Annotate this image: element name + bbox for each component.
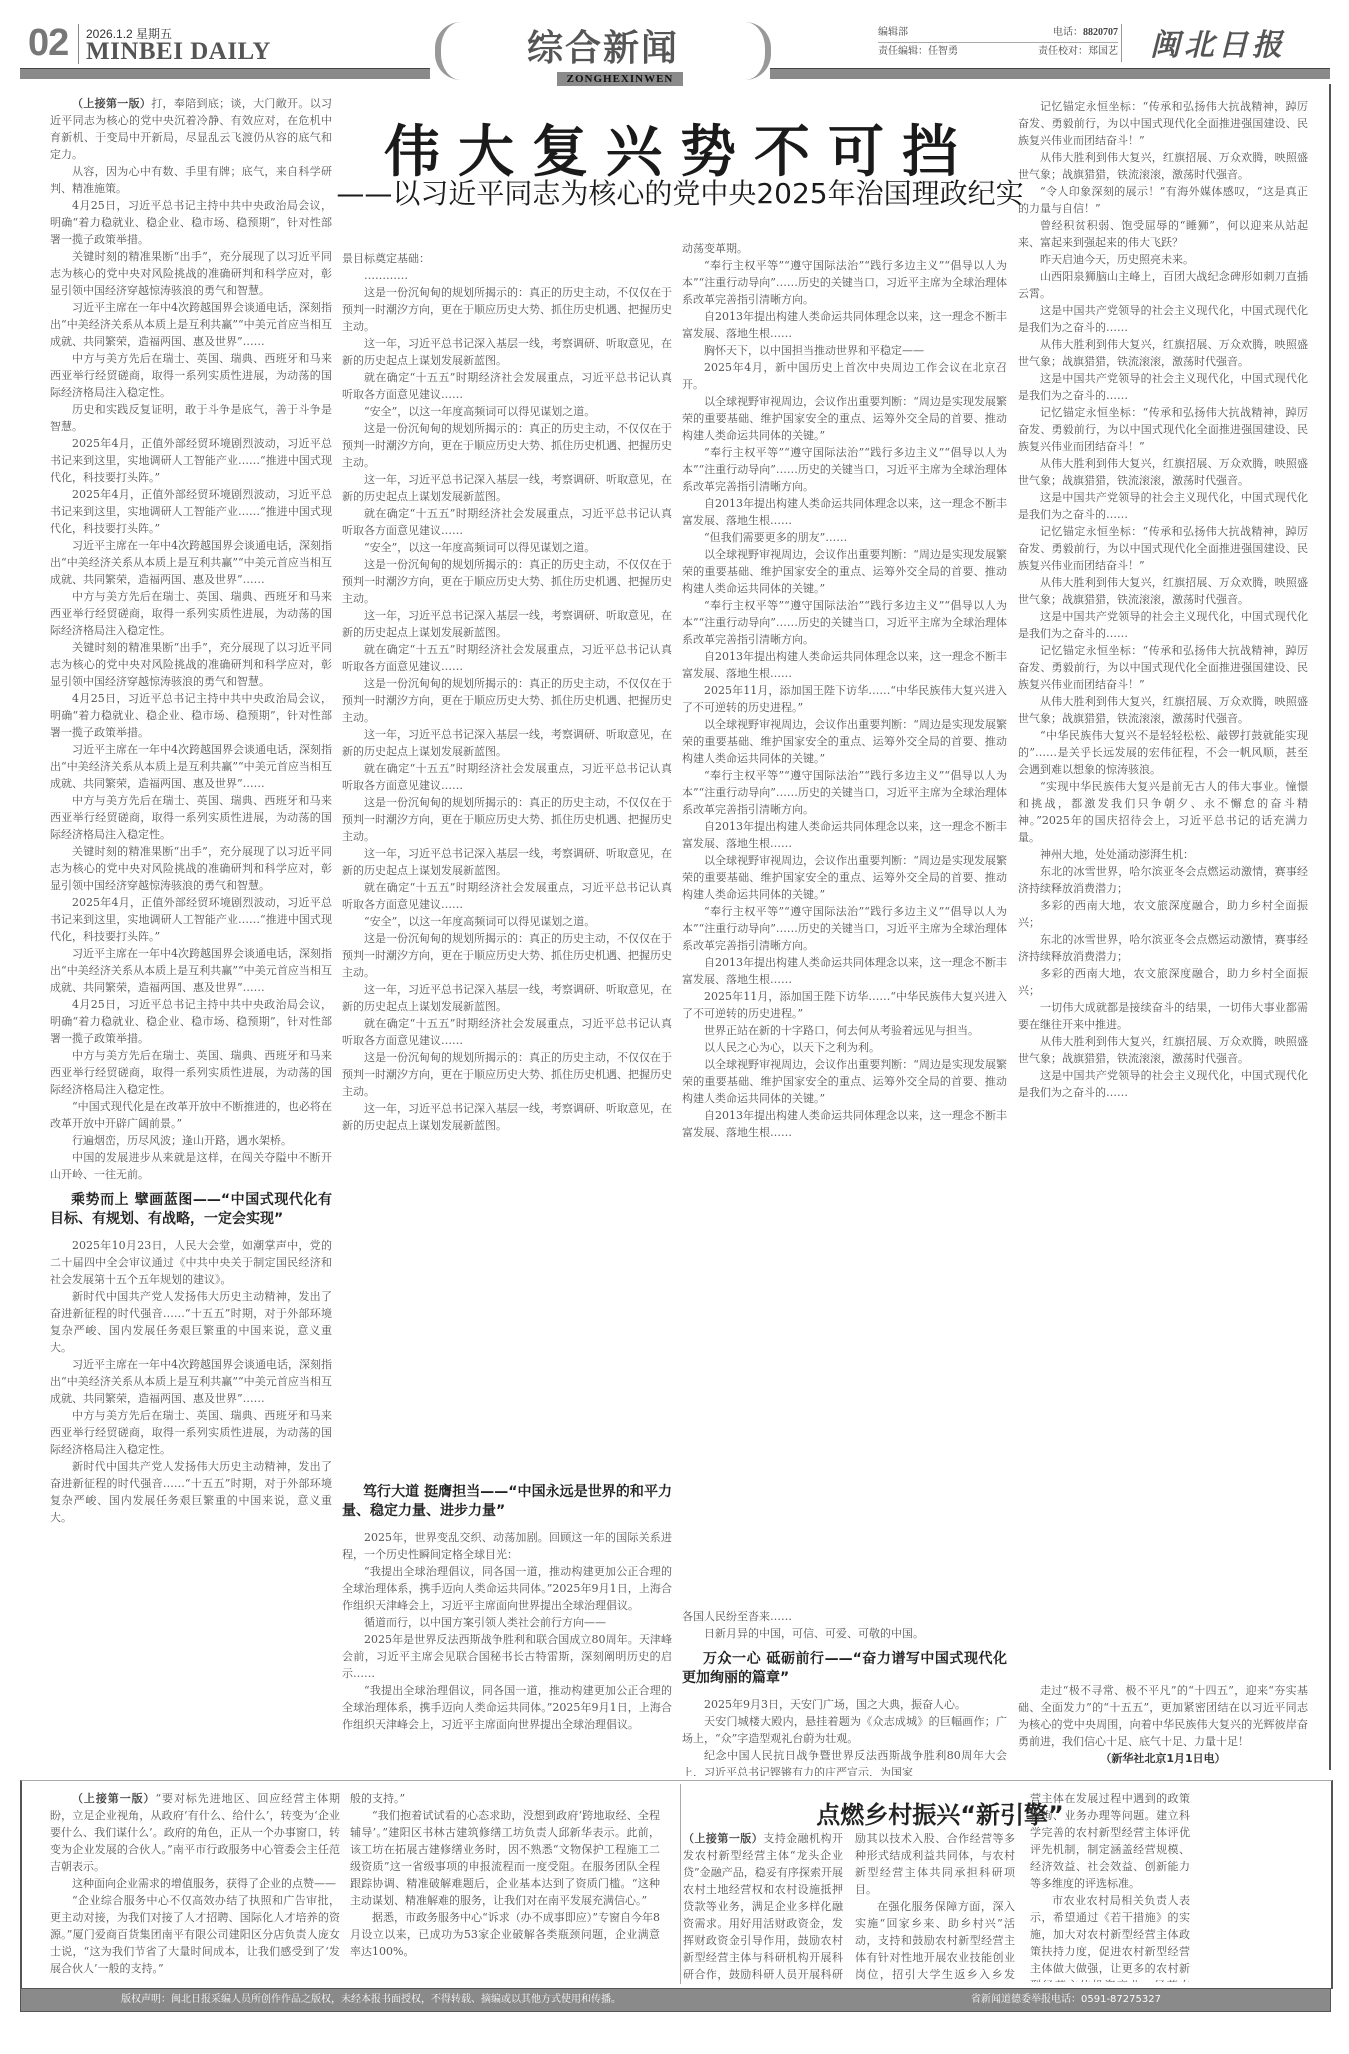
paragraph: 从容，因为心中有数、手里有牌；底气，来自科学研判、精准施策。 <box>50 163 332 197</box>
paragraph: 2025年4月，正值外部经贸环境剧烈波动，习近平总书记来到这里，实地调研人工智能… <box>50 894 332 945</box>
paragraph: 这是一份沉甸甸的规划所揭示的：真正的历史主动，不仅仅在于预判一时潮汐方向，更在于… <box>342 794 672 845</box>
paragraph: 昨天启迪今天，历史照亮未来。 <box>1018 251 1308 268</box>
paragraph: 动荡变革期。 <box>682 240 1007 257</box>
section-heading: 乘势而上 擘画蓝图——“中国式现代化有目标、有规划、有战略，一定会实现” <box>50 1191 332 1229</box>
paragraph: 日新月异的中国，可信、可爱、可敬的中国。 <box>682 1625 1007 1642</box>
paragraph: 记忆锚定永恒坐标：“传承和弘扬伟大抗战精神，踔厉奋发、勇毅前行，为以中国式现代化… <box>1018 523 1308 574</box>
paragraph: 这是一份沉甸甸的规划所揭示的：真正的历史主动，不仅仅在于预判一时潮汐方向，更在于… <box>342 556 672 607</box>
paragraph: 自2013年提出构建人类命运共同体理念以来，这一理念不断丰富发展、落地生根…… <box>682 1107 1007 1141</box>
paragraph: 支持金融机构开发农村新型经营主体“龙头企业贷”金融产品，稳妥有序探索开展农村土地… <box>683 1832 843 1982</box>
paragraph: 以全球视野审视周边，会议作出重要判断：“周边是实现发展繁荣的重要基础、维护国家安… <box>682 716 1007 767</box>
bottom-right-column-1: （上接第一版）支持金融机构开发农村新型经营主体“龙头企业贷”金融产品，稳妥有序探… <box>683 1830 843 1982</box>
article-column-4: 记忆锚定永恒坐标：“传承和弘扬伟大抗战精神，踔厉奋发、勇毅前行，为以中国式现代化… <box>1018 98 1308 1678</box>
dept-label: 编辑部 <box>878 24 908 42</box>
phone-info: 电话：8820707 <box>1053 24 1118 42</box>
paragraph: 新时代中国共产党人发扬伟大历史主动精神，发出了奋进新征程的时代强音……“十五五”… <box>50 1288 332 1356</box>
paragraph: 这是一份沉甸甸的规划所揭示的：真正的历史主动，不仅仅在于预判一时潮汐方向，更在于… <box>342 420 672 471</box>
paragraph: 新时代中国共产党人发扬伟大历史主动精神，发出了奋进新征程的时代强音……“十五五”… <box>50 1458 332 1526</box>
paragraph: “企业综合服务中心不仅高效办结了执照和广告审批，更主动对接，为我们对接了人才招聘… <box>50 1892 340 1977</box>
paragraph: 2025年4月，正值外部经贸环境剧烈波动，习近平总书记来到这里，实地调研人工智能… <box>50 486 332 537</box>
paragraph: 世界正站在新的十字路口，何去何从考验着远见与担当。 <box>682 1022 1007 1039</box>
paragraph: 营主体在发展过程中遇到的政策咨询、业务办理等问题。建立科学完善的农村新型经营主体… <box>1030 1790 1190 1892</box>
paragraph: 东北的冰雪世界，哈尔滨亚冬会点燃运动激情，赛事经济持续释放消费潜力； <box>1018 931 1308 965</box>
paragraph: 据悉，市政务服务中心“诉求（办不成事即应）”专窗自今年8月设立以来，已成功为53… <box>350 1909 660 1960</box>
paragraph: 般的支持。” <box>350 1790 660 1807</box>
divider <box>1121 24 1122 62</box>
paragraph: 就在确定“十五五”时期经济社会发展重点，习近平总书记认真听取各方面意见建议…… <box>342 1015 672 1049</box>
divider <box>78 24 79 64</box>
paragraph: “安全”，以这一年度高频词可以得见谋划之道。 <box>342 403 672 420</box>
paragraph: 山西阳泉狮脑山主峰上，百团大战纪念碑形如刺刀直插云霄。 <box>1018 268 1308 302</box>
paragraph: 励其以技术入股、合作经营等多种形式结成利益共同体，与农村新型经营主体共同承担科研… <box>855 1830 1015 1898</box>
editor-label: 责任编辑：任智勇 <box>878 43 958 61</box>
paragraph: 4月25日，习近平总书记主持中共中央政治局会议，明确“着力稳就业、稳企业、稳市场… <box>50 197 332 248</box>
article-column-1: （上接第一版）打，奉陪到底；谈，大门敞开。以习近平同志为核心的党中央沉着冷静、有… <box>50 95 332 1775</box>
paragraph: 多彩的西南大地，农文旅深度融合，助力乡村全面振兴； <box>1018 897 1308 931</box>
paragraph: 习近平主席在一年中4次跨越国界会谈通电话，深刻指出“中美经济关系从本质上是互利共… <box>50 1356 332 1407</box>
section-banner: 综合新闻 ZONGHEXINWEN <box>435 22 771 80</box>
section-title: 综合新闻 <box>435 20 771 71</box>
paragraph: 这是一份沉甸甸的规划所揭示的：真正的历史主动，不仅仅在于预判一时潮汐方向，更在于… <box>342 930 672 981</box>
paragraph: 就在确定“十五五”时期经济社会发展重点，习近平总书记认真听取各方面意见建议…… <box>342 369 672 403</box>
paragraph: 2025年是世界反法西斯战争胜利和联合国成立80周年。天津峰会前，习近平主席会见… <box>342 1631 672 1682</box>
paragraph: “令人印象深刻的展示！”有海外媒体感叹，“这是真正的力量与自信！” <box>1018 183 1308 217</box>
paragraph: 从伟大胜利到伟大复兴，红旗招展、万众欢腾，映照盛世气象；战旗猎猎，铁流滚滚，激荡… <box>1018 149 1308 183</box>
paragraph: 中方与美方先后在瑞士、英国、瑞典、西班牙和马来西亚举行经贸磋商，取得一系列实质性… <box>50 1407 332 1458</box>
paragraph: 纪念中国人民抗日战争暨世界反法西斯战争胜利80周年大会上，习近平总书记铿锵有力的… <box>682 1747 1007 1776</box>
paragraph: 这是一份沉甸甸的规划所揭示的：真正的历史主动，不仅仅在于预判一时潮汐方向，更在于… <box>342 284 672 335</box>
article-column-4-end: 走过“极不寻常、极不平凡”的“十四五”，迎来“夯实基础、全面发力”的“十五五”，… <box>1018 1682 1308 1772</box>
paragraph: 自2013年提出构建人类命运共同体理念以来，这一理念不断丰富发展、落地生根…… <box>682 308 1007 342</box>
paragraph: 从伟大胜利到伟大复兴，红旗招展、万众欢腾，映照盛世气象；战旗猎猎，铁流滚滚，激荡… <box>1018 1033 1308 1067</box>
paragraph: 神州大地，处处涌动澎湃生机： <box>1018 846 1308 863</box>
paragraph: 这是中国共产党领导的社会主义现代化，中国式现代化是我们为之奋斗的…… <box>1018 302 1308 336</box>
paragraph: 从伟大胜利到伟大复兴，红旗招展、万众欢腾，映照盛世气象；战旗猎猎，铁流滚滚，激荡… <box>1018 336 1308 370</box>
bottom-left-column-2: 般的支持。” “我们抱着试试看的心态求助，没想到政府‘跨地取经、全程辅导’。”建… <box>350 1790 660 1980</box>
paragraph: 记忆锚定永恒坐标：“传承和弘扬伟大抗战精神，踔厉奋发、勇毅前行，为以中国式现代化… <box>1018 98 1308 149</box>
paragraph: 4月25日，习近平总书记主持中共中央政治局会议，明确“着力稳就业、稳企业、稳市场… <box>50 996 332 1047</box>
bottom-right-column-2: 励其以技术入股、合作经营等多种形式结成利益共同体，与农村新型经营主体共同承担科研… <box>855 1830 1015 1982</box>
paragraph: 胸怀天下，以中国担当推动世界和平稳定—— <box>682 342 1007 359</box>
paragraph: 以全球视野审视周边，会议作出重要判断：“周边是实现发展繁荣的重要基础、维护国家安… <box>682 1056 1007 1107</box>
paragraph: “但我们需要更多的朋友”…… <box>682 529 1007 546</box>
divider <box>680 1784 681 1984</box>
paragraph: 2025年11月，添加国王陛下访华……“中华民族伟大复兴进入了不可逆转的历史进程… <box>682 682 1007 716</box>
header-bar-left <box>20 68 430 79</box>
paragraph: 以全球视野审视周边，会议作出重要判断：“周边是实现发展繁荣的重要基础、维护国家安… <box>682 546 1007 597</box>
paragraph: 以人民之心为心，以天下之利为利。 <box>682 1039 1007 1056</box>
dateline: （新华社北京1月1日电） <box>1018 1750 1308 1767</box>
paragraph: 这一年，习近平总书记深入基层一线，考察调研、听取意见，在新的历史起点上谋划发展新… <box>342 1100 672 1134</box>
newspaper-logo: 闽北日报 <box>1150 20 1286 64</box>
paragraph: 习近平主席在一年中4次跨越国界会谈通电话，深刻指出“中美经济关系从本质上是互利共… <box>50 741 332 792</box>
paragraph: 这种面向企业需求的增值服务，获得了企业的点赞—— <box>50 1875 340 1892</box>
paragraph: 这一年，习近平总书记深入基层一线，考察调研、听取意见，在新的历史起点上谋划发展新… <box>342 335 672 369</box>
paragraph: 曾经积贫积弱、饱受屈辱的“睡狮”，何以迎来从站起来、富起来到强起来的伟大飞跃？ <box>1018 217 1308 251</box>
paragraph: 就在确定“十五五”时期经济社会发展重点，习近平总书记认真听取各方面意见建议…… <box>342 879 672 913</box>
paragraph: “实现中华民族伟大复兴是前无古人的伟大事业。憧憬和挑战，都激发我们只争朝夕、永不… <box>1018 778 1308 846</box>
paragraph: “奉行主权平等”“遵守国际法治”“践行多边主义”“倡导以人为本”“注重行动导向”… <box>682 597 1007 648</box>
paragraph: 各国人民纷至沓来…… <box>682 1608 1007 1625</box>
editorial-info: 编辑部 电话：8820707 责任编辑：任智勇 责任校对：郑国艺 <box>878 24 1118 61</box>
paragraph: 这一年，习近平总书记深入基层一线，考察调研、听取意见，在新的历史起点上谋划发展新… <box>342 845 672 879</box>
masthead: 02 2026.1.2 星期五 MINBEI DAILY 综合新闻 ZONGHE… <box>0 0 1349 75</box>
paragraph: 2025年11月，添加国王陛下访华……“中华民族伟大复兴进入了不可逆转的历史进程… <box>682 988 1007 1022</box>
paragraph: 关键时刻的精准果断“出手”，充分展现了以习近平同志为核心的党中央对风险挑战的准确… <box>50 248 332 299</box>
paragraph: 历史和实践反复证明，敢于斗争是底气，善于斗争是智慧。 <box>50 401 332 435</box>
paragraph: “中国式现代化是在改革开放中不断推进的，也必将在改革开放中开辟广阔前景。” <box>50 1098 332 1132</box>
paragraph: 自2013年提出构建人类命运共同体理念以来，这一理念不断丰富发展、落地生根…… <box>682 648 1007 682</box>
paragraph: 以全球视野审视周边，会议作出重要判断：“周边是实现发展繁荣的重要基础、维护国家安… <box>682 852 1007 903</box>
article-column-3-lower: 各国人民纷至沓来…… 日新月异的中国，可信、可爱、可敬的中国。 万众一心 砥砺前… <box>682 1608 1007 1776</box>
paragraph: 2025年10月23日，人民大会堂，如潮掌声中，党的二十届四中全会审议通过《中共… <box>50 1237 332 1288</box>
paragraph: 这是中国共产党领导的社会主义现代化，中国式现代化是我们为之奋斗的…… <box>1018 370 1308 404</box>
paragraph: 关键时刻的精准果断“出手”，充分展现了以习近平同志为核心的党中央对风险挑战的准确… <box>50 843 332 894</box>
paragraph: 2025年9月3日，天安门广场，国之大典，振奋人心。 <box>682 1696 1007 1713</box>
paragraph: 就在确定“十五五”时期经济社会发展重点，习近平总书记认真听取各方面意见建议…… <box>342 505 672 539</box>
paragraph: 自2013年提出构建人类命运共同体理念以来，这一理念不断丰富发展、落地生根…… <box>682 818 1007 852</box>
paragraph: “安全”，以这一年度高频词可以得见谋划之道。 <box>342 913 672 930</box>
paragraph: “奉行主权平等”“遵守国际法治”“践行多边主义”“倡导以人为本”“注重行动导向”… <box>682 767 1007 818</box>
continuation-lead: （上接第一版） <box>72 97 151 110</box>
paragraph: 这一年，习近平总书记深入基层一线，考察调研、听取意见，在新的历史起点上谋划发展新… <box>342 471 672 505</box>
paragraph: 中方与美方先后在瑞士、英国、瑞典、西班牙和马来西亚举行经贸磋商，取得一系列实质性… <box>50 792 332 843</box>
paragraph: 这是一份沉甸甸的规划所揭示的：真正的历史主动，不仅仅在于预判一时潮汐方向，更在于… <box>342 675 672 726</box>
paragraph: 2025年4月，新中国历史上首次中央周边工作会议在北京召开。 <box>682 359 1007 393</box>
paragraph: 多彩的西南大地，农文旅深度融合，助力乡村全面振兴； <box>1018 965 1308 999</box>
paragraph: 记忆锚定永恒坐标：“传承和弘扬伟大抗战精神，踔厉奋发、勇毅前行，为以中国式现代化… <box>1018 404 1308 455</box>
paragraph: “奉行主权平等”“遵守国际法治”“践行多边主义”“倡导以人为本”“注重行动导向”… <box>682 444 1007 495</box>
paragraph: 在强化服务保障方面，深入实施“回家乡来、助乡村兴”活动，支持和鼓励农村新型经营主… <box>855 1898 1015 1982</box>
paragraph: 天安门城楼大殿内，悬挂着题为《众志成城》的巨幅画作；广场上，“众”字造型观礼台蔚… <box>682 1713 1007 1747</box>
paragraph: “安全”，以这一年度高频词可以得见谋划之道。 <box>342 539 672 556</box>
paragraph: 从伟大胜利到伟大复兴，红旗招展、万众欢腾，映照盛世气象；战旗猎猎，铁流滚滚，激荡… <box>1018 574 1308 608</box>
page-number: 02 <box>28 22 68 65</box>
article-column-2-lower: 笃行大道 挺膺担当——“中国永远是世界的和平力量、稳定力量、进步力量” 2025… <box>342 1475 672 1775</box>
continuation-lead: （上接第一版） <box>72 1792 155 1805</box>
paragraph: 景目标奠定基础： <box>342 250 672 267</box>
paragraph: 这是中国共产党领导的社会主义现代化，中国式现代化是我们为之奋斗的…… <box>1018 608 1308 642</box>
paragraph: 习近平主席在一年中4次跨越国界会谈通电话，深刻指出“中美经济关系从本质上是互利共… <box>50 945 332 996</box>
paragraph: 习近平主席在一年中4次跨越国界会谈通电话，深刻指出“中美经济关系从本质上是互利共… <box>50 299 332 350</box>
paragraph: 这是一份沉甸甸的规划所揭示的：真正的历史主动，不仅仅在于预判一时潮汐方向，更在于… <box>342 1049 672 1100</box>
paragraph: 这一年，习近平总书记深入基层一线，考察调研、听取意见，在新的历史起点上谋划发展新… <box>342 726 672 760</box>
paper-name-en: MINBEI DAILY <box>86 38 271 66</box>
paragraph: “我提出全球治理倡议，同各国一道，推动构建更加公正合理的全球治理体系，携手迈向人… <box>342 1563 672 1614</box>
paragraph: “中华民族伟大复兴不是轻轻松松、敲锣打鼓就能实现的”……是关乎长远发展的宏伟征程… <box>1018 727 1308 778</box>
paragraph: 自2013年提出构建人类命运共同体理念以来，这一理念不断丰富发展、落地生根…… <box>682 954 1007 988</box>
paragraph: 市农业农村局相关负责人表示，希望通过《若干措施》的实施，加大对农村新型经营主体政… <box>1030 1892 1190 1982</box>
paragraph: 自2013年提出构建人类命运共同体理念以来，这一理念不断丰富发展、落地生根…… <box>682 495 1007 529</box>
article-column-3: 动荡变革期。 “奉行主权平等”“遵守国际法治”“践行多边主义”“倡导以人为本”“… <box>682 240 1007 1640</box>
paragraph: “我提出全球治理倡议，同各国一道，推动构建更加公正合理的全球治理体系，携手迈向人… <box>342 1682 672 1733</box>
paragraph: 这是中国共产党领导的社会主义现代化，中国式现代化是我们为之奋斗的…… <box>1018 489 1308 523</box>
paragraph: 4月25日，习近平总书记主持中共中央政治局会议，明确“着力稳就业、稳企业、稳市场… <box>50 690 332 741</box>
phone-number: 8820707 <box>1083 27 1118 38</box>
paragraph: 中国的发展进步从来就是这样，在闯关夺隘中不断开山开岭、一往无前。 <box>50 1149 332 1183</box>
section-heading: 万众一心 砥砺前行——“奋力谱写中国式现代化更加绚丽的篇章” <box>682 1650 1007 1688</box>
paragraph: 一切伟大成就都是接续奋斗的结果，一切伟大事业都需要在继往开来中推进。 <box>1018 999 1308 1033</box>
report-hotline: 省新闻道德委举报电话：0591-87275327 <box>971 1989 1161 2011</box>
paragraph: 中方与美方先后在瑞士、英国、瑞典、西班牙和马来西亚举行经贸磋商，取得一系列实质性… <box>50 350 332 401</box>
paragraph: “奉行主权平等”“遵守国际法治”“践行多边主义”“倡导以人为本”“注重行动导向”… <box>682 903 1007 954</box>
continuation-lead: （上接第一版） <box>683 1832 763 1845</box>
header-bar-right <box>770 68 1330 79</box>
subheadline: ——以习近平同志为核心的党中央2025年治国理政纪实 <box>330 172 1030 212</box>
paragraph: “奉行主权平等”“遵守国际法治”“践行多边主义”“倡导以人为本”“注重行动导向”… <box>682 257 1007 308</box>
proofreader-label: 责任校对：郑国艺 <box>1038 43 1118 61</box>
paragraph: “我们抱着试试看的心态求助，没想到政府‘跨地取经、全程辅导’。”建阳区书林古建筑… <box>350 1807 660 1909</box>
section-heading: 笃行大道 挺膺担当——“中国永远是世界的和平力量、稳定力量、进步力量” <box>342 1483 672 1521</box>
paragraph: 以全球视野审视周边，会议作出重要判断：“周边是实现发展繁荣的重要基础、维护国家安… <box>682 393 1007 444</box>
paragraph: 从伟大胜利到伟大复兴，红旗招展、万众欢腾，映照盛世气象；战旗猎猎，铁流滚滚，激荡… <box>1018 693 1308 727</box>
paragraph: 这一年，习近平总书记深入基层一线，考察调研、听取意见，在新的历史起点上谋划发展新… <box>342 981 672 1015</box>
bottom-right-column-3: 营主体在发展过程中遇到的政策咨询、业务办理等问题。建立科学完善的农村新型经营主体… <box>1030 1790 1190 1982</box>
paragraph: 就在确定“十五五”时期经济社会发展重点，习近平总书记认真听取各方面意见建议…… <box>342 760 672 794</box>
paragraph: 这是中国共产党领导的社会主义现代化，中国式现代化是我们为之奋斗的…… <box>1018 1067 1308 1101</box>
paragraph: 2025年4月，正值外部经贸环境剧烈波动，习近平总书记来到这里，实地调研人工智能… <box>50 435 332 486</box>
paragraph: 东北的冰雪世界，哈尔滨亚冬会点燃运动激情，赛事经济持续释放消费潜力； <box>1018 863 1308 897</box>
bottom-left-column-1: （上接第一版）“要对标先进地区、回应经营主体期盼，立足企业视角，从政府‘有什么、… <box>50 1790 340 1980</box>
paragraph: 习近平主席在一年中4次跨越国界会谈通电话，深刻指出“中美经济关系从本质上是互利共… <box>50 537 332 588</box>
paragraph: 走过“极不寻常、极不平凡”的“十四五”，迎来“夯实基础、全面发力”的“十五五”，… <box>1018 1682 1308 1750</box>
paragraph: 行遍烟峦，历尽风波；逢山开路，遇水架桥。 <box>50 1132 332 1149</box>
paragraph: 记忆锚定永恒坐标：“传承和弘扬伟大抗战精神，踔厉奋发、勇毅前行，为以中国式现代化… <box>1018 642 1308 693</box>
paragraph: ………… <box>342 267 672 284</box>
paragraph: 从伟大胜利到伟大复兴，红旗招展、万众欢腾，映照盛世气象；战旗猎猎，铁流滚滚，激荡… <box>1018 455 1308 489</box>
footer-bar: 版权声明：闽北日报采编人员所创作作品之版权，未经本报书面授权，不得转载、摘编或以… <box>20 1988 1331 2012</box>
paragraph: 关键时刻的精准果断“出手”，充分展现了以习近平同志为核心的党中央对风险挑战的准确… <box>50 639 332 690</box>
phone-label: 电话： <box>1053 27 1083 38</box>
paragraph: 中方与美方先后在瑞士、英国、瑞典、西班牙和马来西亚举行经贸磋商，取得一系列实质性… <box>50 588 332 639</box>
copyright-notice: 版权声明：闽北日报采编人员所创作作品之版权，未经本报书面授权，不得转载、摘编或以… <box>121 1989 621 2011</box>
paragraph: 这一年，习近平总书记深入基层一线，考察调研、听取意见，在新的历史起点上谋划发展新… <box>342 607 672 641</box>
paragraph: 循道而行，以中国方案引领人类社会前行方向—— <box>342 1614 672 1631</box>
paragraph: 中方与美方先后在瑞士、英国、瑞典、西班牙和马来西亚举行经贸磋商，取得一系列实质性… <box>50 1047 332 1098</box>
paragraph: 就在确定“十五五”时期经济社会发展重点，习近平总书记认真听取各方面意见建议…… <box>342 641 672 675</box>
paragraph: 2025年，世界变乱交织、动荡加剧。回顾这一年的国际关系进程，一个历史性瞬间定格… <box>342 1529 672 1563</box>
